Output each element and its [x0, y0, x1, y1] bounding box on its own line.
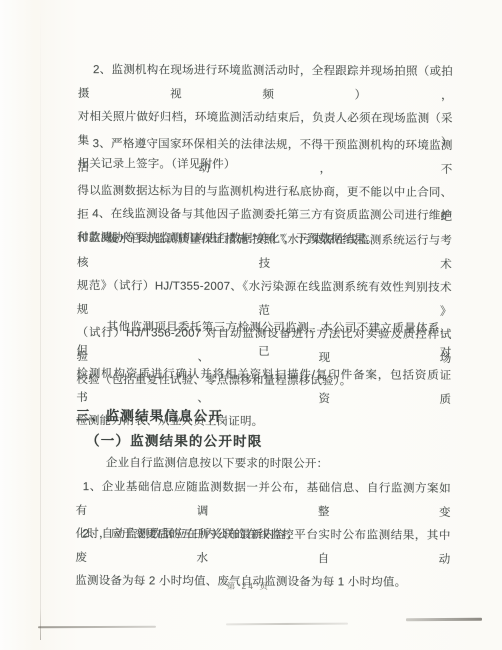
paragraph: 企业自行监测信息按以下要求的时限公开： [76, 452, 451, 477]
text-line: 3、严格遵守国家环保相关的法律法规，不得干预监测机构的环境监测活动，不 [77, 133, 452, 182]
scanned-document-page: 2、监测机构在现场进行环境监测活动时，全程跟踪并现场拍照（或拍摄视频），对相关照… [0, 0, 502, 650]
scan-bottom-edge-shadow [406, 618, 482, 622]
text-line: 企业自行监测信息按以下要求的时限公开： [76, 452, 451, 477]
text-line: 其他监测项目委托第三方检测公司监测，本公司不建立质量体系，但已对 [76, 316, 451, 365]
text-line: 2、监测机构在现场进行环境监测活动时，全程跟踪并现场拍照（或拍摄视频）， [78, 59, 453, 108]
text-line: 三、监测结果信息公开 [76, 404, 451, 429]
document-text-blocks: 2、监测机构在现场进行环境监测活动时，全程跟踪并现场拍照（或拍摄视频），对相关照… [0, 0, 502, 2]
section-heading: （一）监测结果的公开时限 [76, 429, 461, 455]
document-content: 2、监测机构在现场进行环境监测活动时，全程跟踪并现场拍照（或拍摄视频），对相关照… [0, 0, 502, 650]
text-line: （一）监测结果的公开时限 [86, 429, 461, 454]
text-line: 废水自动监测质量保证措施:按照《水污染源在线监测系统运行与考核技术 [77, 228, 452, 277]
text-line: 1、企业基础信息应随监测数据一并公布，基础信息、自行监测方案如有调整变 [76, 476, 451, 525]
text-line: 2、自动监测数据应在所关联的在线监控平台实时公布监测结果，其中废水自动 [75, 523, 450, 572]
section-heading: 三、监测结果信息公开 [76, 404, 451, 429]
